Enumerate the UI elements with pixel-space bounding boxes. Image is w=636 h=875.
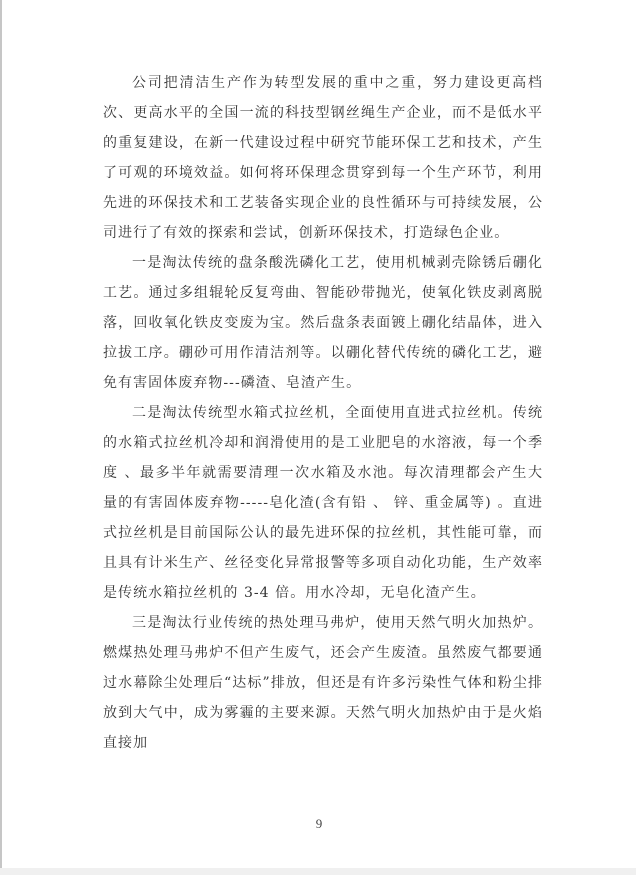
- page-bottom-edge: [0, 868, 636, 875]
- paragraph-point-two: 二是淘汰传统型水箱式拉丝机，全面使用直进式拉丝机。传统的水箱式拉丝机冷却和润滑使…: [103, 398, 543, 608]
- paragraph-point-one: 一是淘汰传统的盘条酸洗磷化工艺，使用机械剥壳除锈后硼化工艺。通过多组辊轮反复弯曲…: [103, 248, 543, 398]
- paragraph-point-three: 三是淘汰行业传统的热处理马弗炉，使用天然气明火加热炉。燃煤热处理马弗炉不但产生废…: [103, 608, 543, 758]
- page-number: 9: [2, 816, 636, 832]
- document-page: 公司把清洁生产作为转型发展的重中之重，努力建设更高档次、更高水平的全国一流的科技…: [2, 0, 636, 868]
- paragraph-intro: 公司把清洁生产作为转型发展的重中之重，努力建设更高档次、更高水平的全国一流的科技…: [103, 68, 543, 248]
- document-body: 公司把清洁生产作为转型发展的重中之重，努力建设更高档次、更高水平的全国一流的科技…: [103, 68, 543, 758]
